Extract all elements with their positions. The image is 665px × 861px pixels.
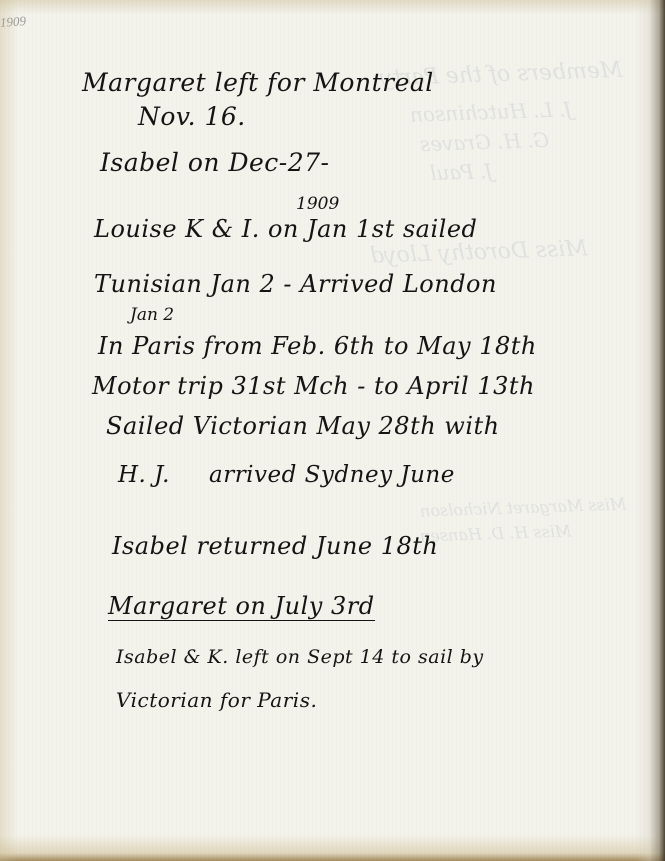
entry-margaret-left-montreal: Margaret left for Montreal <box>82 68 434 97</box>
entry-year-1909: 1909 <box>296 194 339 214</box>
entry-isabel-returned: Isabel returned June 18th <box>112 532 438 560</box>
entry-louise-sailed: Louise K & I. on Jan 1st sailed <box>94 215 477 243</box>
entry-isabel-sept: Isabel & K. left on Sept 14 to sail by <box>116 646 484 668</box>
diary-page: 1909 Members of the Party J. L. Hutchins… <box>0 0 665 861</box>
entry-jan-2: Jan 2 <box>130 305 174 325</box>
entry-motor-trip: Motor trip 31st Mch - to April 13th <box>92 372 535 400</box>
entry-paris: In Paris from Feb. 6th to May 18th <box>98 332 537 360</box>
bleed-through-line: G. H. Graves <box>420 128 550 156</box>
entry-isabel-dec: Isabel on Dec-27- <box>100 148 330 177</box>
bleed-through-line: Miss H. D. Hansen <box>420 521 572 545</box>
entry-tunisian-london: Tunisian Jan 2 - Arrived London <box>94 270 497 298</box>
entry-margaret-july: Margaret on July 3rd <box>108 592 375 621</box>
bleed-through-line: J. Paul <box>430 159 494 185</box>
entry-margaret-date: Nov. 16. <box>138 102 246 131</box>
pencil-year-annotation: 1909 <box>0 13 27 31</box>
bleed-through-line: Miss Margaret Nicholson <box>420 494 627 520</box>
entry-victorian-paris: Victorian for Paris. <box>116 688 317 712</box>
entry-arrived-sydney: H. J. arrived Sydney June <box>118 462 455 488</box>
bleed-through-line: J. L. Hutchinson <box>410 97 573 127</box>
entry-sailed-victorian: Sailed Victorian May 28th with <box>106 412 500 440</box>
